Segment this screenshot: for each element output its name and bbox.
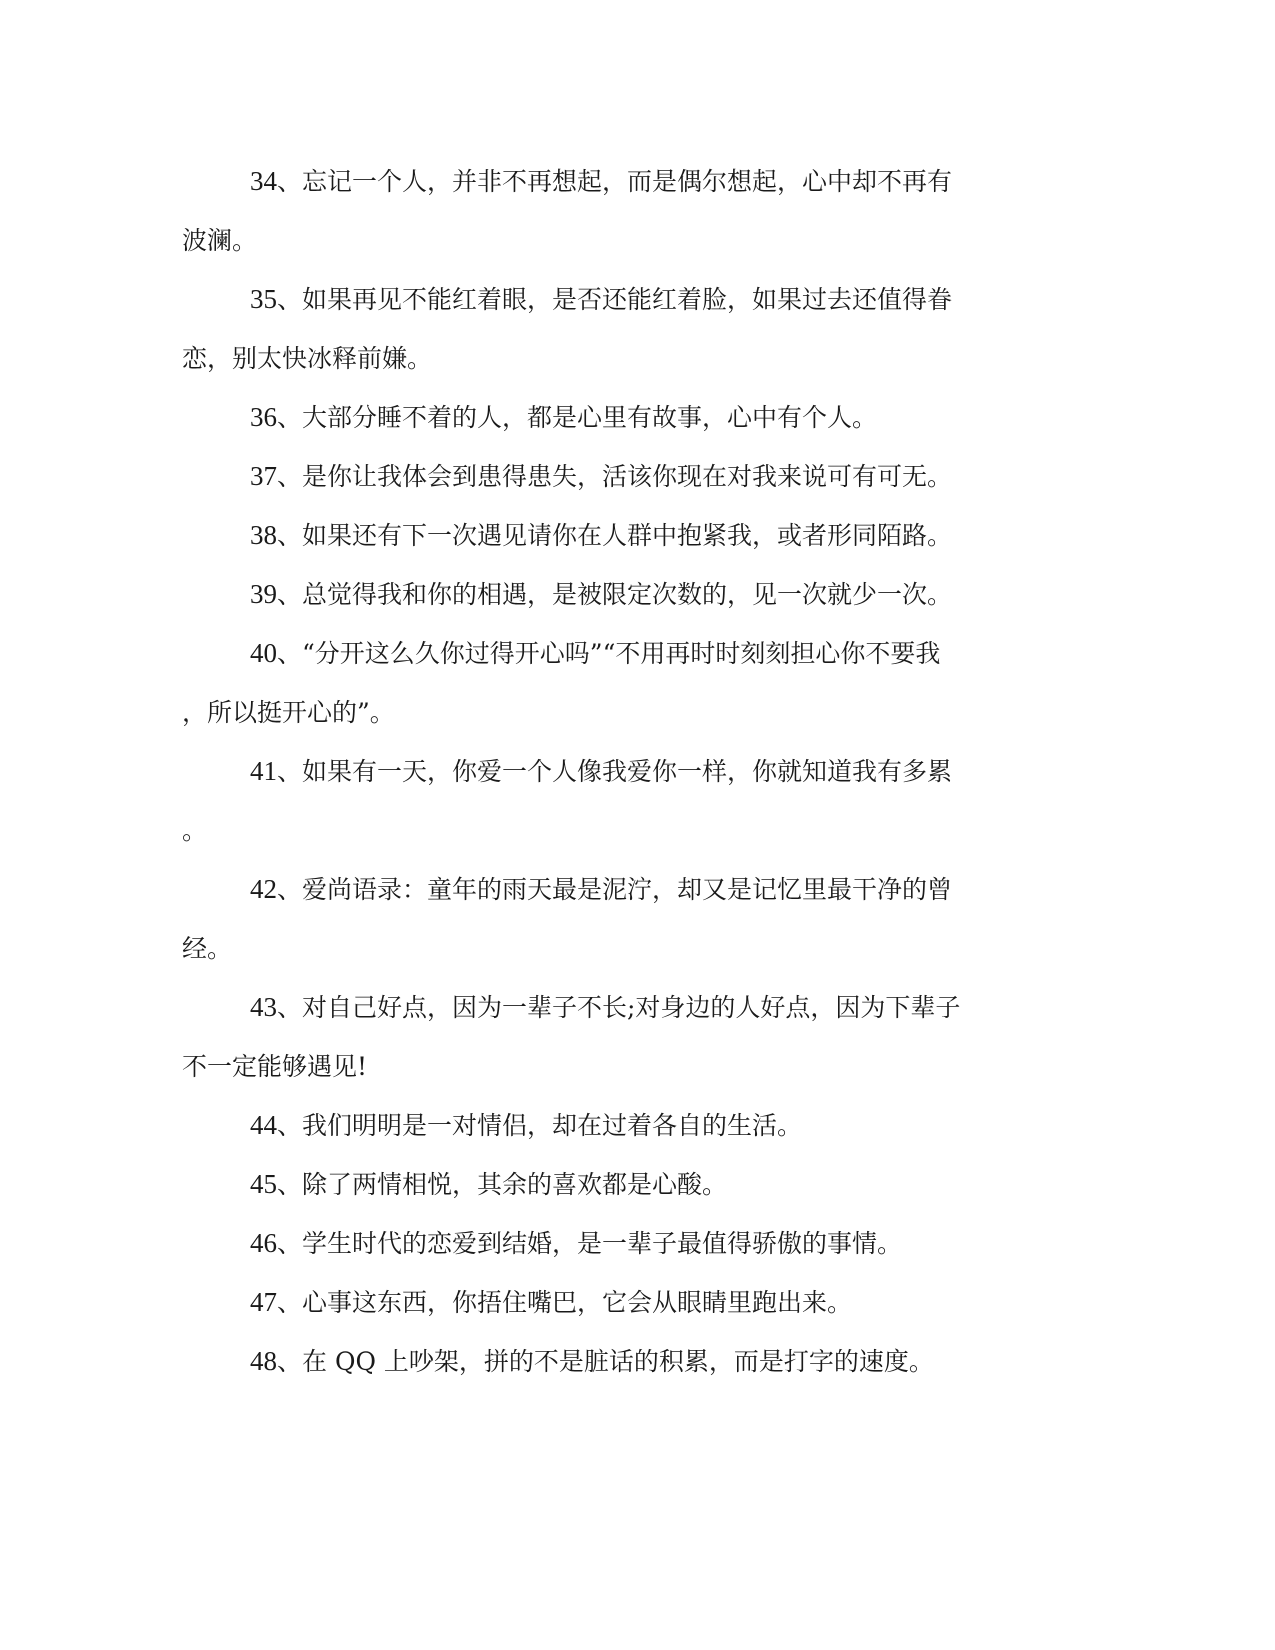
quote-number: 34	[250, 166, 277, 196]
quote-48: 48、在 QQ 上吵架，拼的不是脏话的积累，而是打字的速度。	[182, 1332, 1032, 1391]
quote-35: 35、如果再见不能红着眼，是否还能红着脸，如果过去还值得眷恋，别太快冰释前嫌。	[182, 270, 1032, 388]
quote-number: 45	[250, 1169, 277, 1199]
quote-46: 46、学生时代的恋爱到结婚，是一辈子最值得骄傲的事情。	[182, 1214, 1032, 1273]
quote-number: 39	[250, 579, 277, 609]
quote-text: 、学生时代的恋爱到结婚，是一辈子最值得骄傲的事情。	[277, 1229, 902, 1258]
quote-text-cont: 不一定能够遇见!	[182, 1037, 1032, 1096]
quote-text: 、是你让我体会到患得患失，活该你现在对我来说可有可无。	[277, 462, 952, 491]
quote-number: 41	[250, 756, 277, 786]
quote-number: 44	[250, 1110, 277, 1140]
quote-44: 44、我们明明是一对情侣，却在过着各自的生活。	[182, 1096, 1032, 1155]
quote-47: 47、心事这东西，你捂住嘴巴，它会从眼睛里跑出来。	[182, 1273, 1032, 1332]
quote-text: 、总觉得我和你的相遇，是被限定次数的，见一次就少一次。	[277, 580, 952, 609]
quote-number: 48	[250, 1346, 277, 1376]
quote-text: 、忘记一个人，并非不再想起，而是偶尔想起，心中却不再有	[277, 167, 952, 196]
quote-number: 43	[250, 992, 277, 1022]
quote-41: 41、如果有一天，你爱一个人像我爱你一样，你就知道我有多累。	[182, 742, 1032, 860]
quote-number: 42	[250, 874, 277, 904]
quote-text-cont: 经。	[182, 919, 1032, 978]
quote-text-cont: 。	[182, 801, 1032, 860]
quote-text: 、如果再见不能红着眼，是否还能红着脸，如果过去还值得眷	[277, 285, 952, 314]
quote-text: 、如果有一天，你爱一个人像我爱你一样，你就知道我有多累	[277, 757, 952, 786]
quote-text: 、如果还有下一次遇见请你在人群中抱紧我，或者形同陌路。	[277, 521, 952, 550]
quote-43: 43、对自己好点，因为一辈子不长;对身边的人好点，因为下辈子不一定能够遇见!	[182, 978, 1032, 1096]
quote-34: 34、忘记一个人，并非不再想起，而是偶尔想起，心中却不再有波澜。	[182, 152, 1032, 270]
quote-text: 、爱尚语录：童年的雨天最是泥泞，却又是记忆里最干净的曾	[277, 875, 952, 904]
quote-number: 37	[250, 461, 277, 491]
quote-text: 、心事这东西，你捂住嘴巴，它会从眼睛里跑出来。	[277, 1288, 852, 1317]
quote-text: 、大部分睡不着的人，都是心里有故事，心中有个人。	[277, 403, 877, 432]
quote-39: 39、总觉得我和你的相遇，是被限定次数的，见一次就少一次。	[182, 565, 1032, 624]
quote-number: 38	[250, 520, 277, 550]
quote-text: 、除了两情相悦，其余的喜欢都是心酸。	[277, 1170, 727, 1199]
quote-45: 45、除了两情相悦，其余的喜欢都是心酸。	[182, 1155, 1032, 1214]
quote-text: 、我们明明是一对情侣，却在过着各自的生活。	[277, 1111, 802, 1140]
quote-number: 47	[250, 1287, 277, 1317]
quote-40: 40、“分开这么久你过得开心吗”“不用再时时刻刻担心你不要我，所以挺开心的”。	[182, 624, 1032, 742]
document-page: 34、忘记一个人，并非不再想起，而是偶尔想起，心中却不再有波澜。 35、如果再见…	[182, 152, 1032, 1391]
quote-38: 38、如果还有下一次遇见请你在人群中抱紧我，或者形同陌路。	[182, 506, 1032, 565]
quote-text: 、在 QQ 上吵架，拼的不是脏话的积累，而是打字的速度。	[277, 1347, 934, 1376]
quote-text-cont: ，所以挺开心的”。	[182, 683, 1032, 742]
quote-number: 36	[250, 402, 277, 432]
quote-number: 35	[250, 284, 277, 314]
quote-text: 、对自己好点，因为一辈子不长;对身边的人好点，因为下辈子	[277, 993, 960, 1022]
quote-number: 40	[250, 638, 277, 668]
quote-36: 36、大部分睡不着的人，都是心里有故事，心中有个人。	[182, 388, 1032, 447]
quote-text: 、“分开这么久你过得开心吗”“不用再时时刻刻担心你不要我	[277, 639, 940, 668]
quote-number: 46	[250, 1228, 277, 1258]
quote-37: 37、是你让我体会到患得患失，活该你现在对我来说可有可无。	[182, 447, 1032, 506]
quote-42: 42、爱尚语录：童年的雨天最是泥泞，却又是记忆里最干净的曾经。	[182, 860, 1032, 978]
quote-text-cont: 恋，别太快冰释前嫌。	[182, 329, 1032, 388]
quote-text-cont: 波澜。	[182, 211, 1032, 270]
